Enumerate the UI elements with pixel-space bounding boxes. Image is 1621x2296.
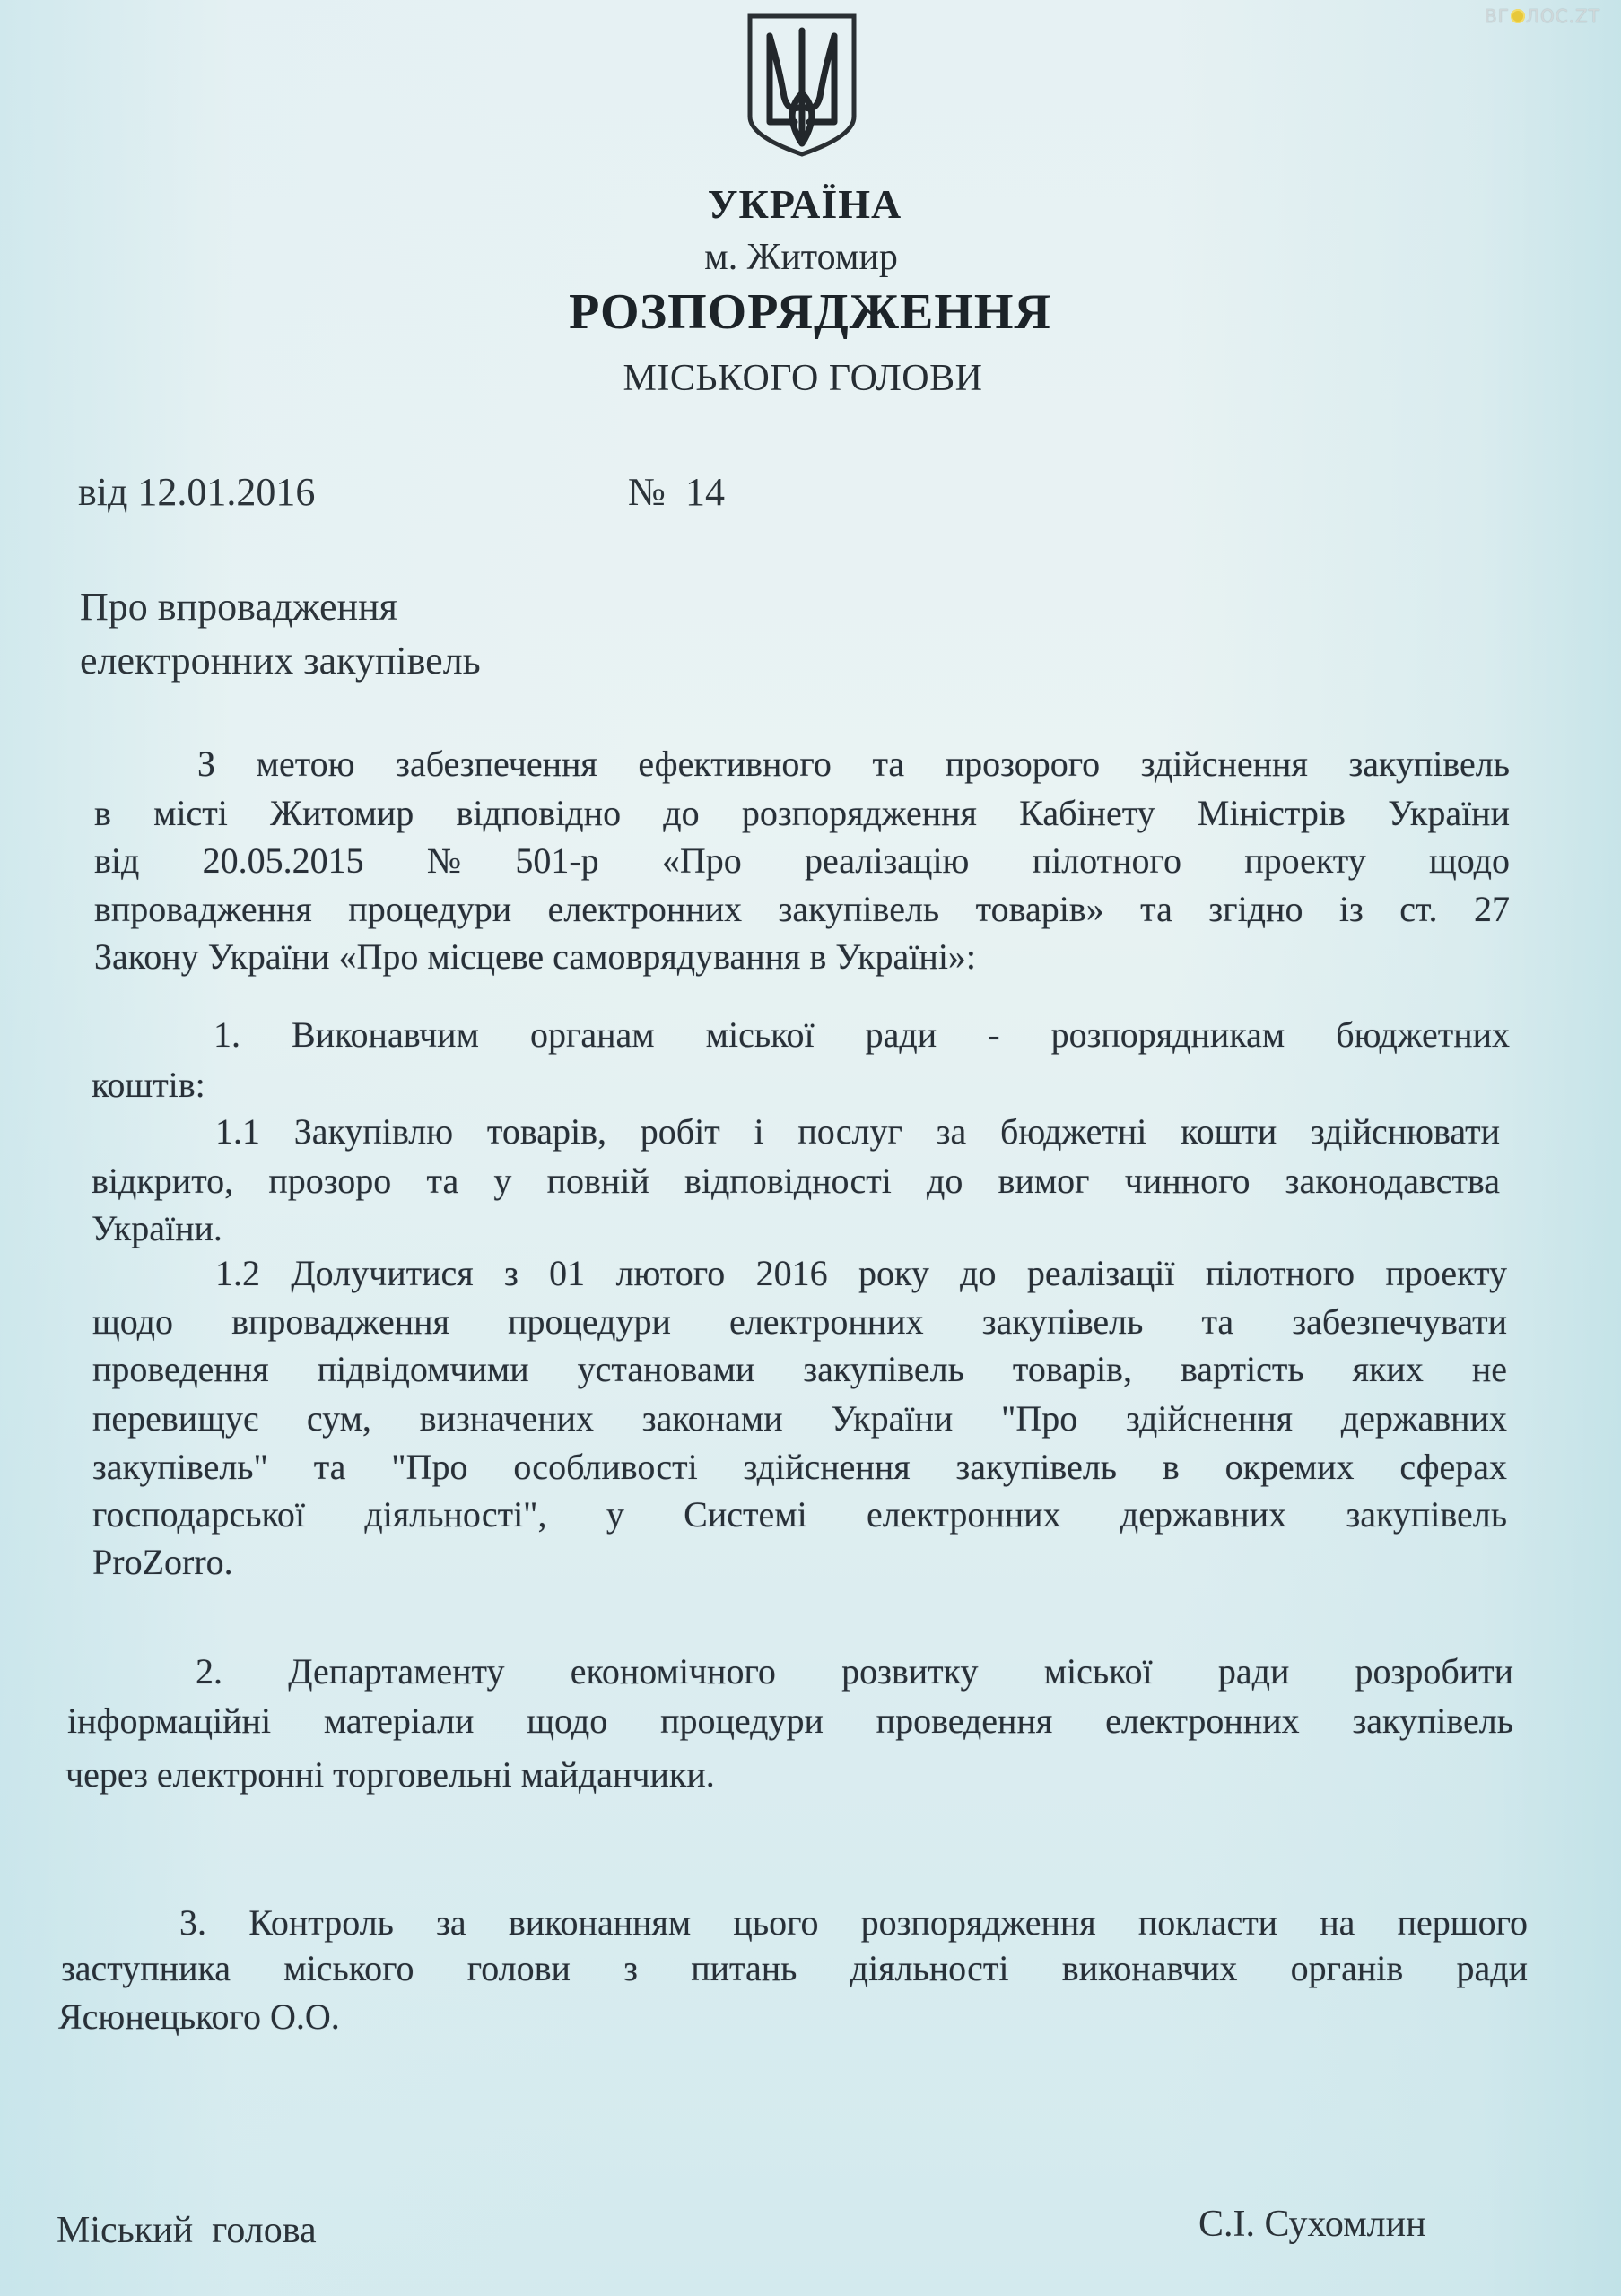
item-1-2-line: перевищує сум, визначених законами Украї… (92, 1396, 1507, 1441)
item-2-line: інформаційні матеріали щодо процедури пр… (67, 1699, 1513, 1744)
preamble-line: З метою забезпечення ефективного та проз… (197, 742, 1510, 787)
item-2-line: 2. Департаменту економічного розвитку мі… (196, 1649, 1513, 1694)
item-1-2-line: закупівель" та "Про особливості здійснен… (92, 1445, 1507, 1490)
preamble-line: від 20.05.2015 №501-р «Про реалізацію пі… (94, 839, 1510, 883)
item-1-2-line: господарської діяльності", у Системі еле… (92, 1492, 1507, 1537)
watermark-suffix: ЛОС.ZT (1526, 5, 1600, 27)
item-1-line: коштів: (92, 1063, 205, 1108)
item-1-line: 1. Виконавчим органам міської ради - роз… (214, 1013, 1510, 1057)
watermark-logo: ВГЛОС.ZT (1485, 4, 1600, 29)
preamble-line: Закону України «Про місцеве самоврядуван… (94, 935, 976, 979)
item-1-2-line: проведення підвідомчими установами закуп… (92, 1347, 1507, 1392)
preamble-line: впровадження процедури електронних закуп… (94, 887, 1510, 932)
document-issuer: МІСЬКОГО ГОЛОВИ (623, 356, 983, 401)
item-1-1-line: 1.1 Закупівлю товарів, робіт і послуг за… (215, 1109, 1500, 1154)
document-number: № 14 (628, 468, 725, 517)
signal-icon (1511, 9, 1525, 23)
document-type-title: РОЗПОРЯДЖЕННЯ (569, 283, 1051, 341)
watermark-prefix: ВГ (1485, 5, 1510, 27)
subject-line-1: Про впровадження (80, 583, 397, 631)
coat-of-arms-icon (745, 11, 859, 158)
item-1-1-line: відкрито, прозоро та у повній відповідно… (92, 1159, 1500, 1204)
item-1-2-line: щодо впровадження процедури електронних … (92, 1300, 1507, 1344)
header-city: м. Житомир (704, 235, 898, 280)
item-3-line: 3. Контроль за виконанням цього розпоряд… (179, 1900, 1528, 1945)
signatory-name: С.І. Сухомлин (1198, 2202, 1426, 2247)
item-1-2-line: ProZorro. (92, 1540, 233, 1585)
item-2-line: через електронні торговельні майданчики. (65, 1752, 715, 1797)
signatory-position: Міський голова (57, 2208, 317, 2253)
subject-line-2: електронних закупівель (80, 637, 481, 685)
item-3-line: заступника міського голови з питань діял… (61, 1946, 1528, 1991)
preamble-line: в місті Житомир відповідно до розпорядже… (94, 791, 1510, 836)
header-country: УКРАЇНА (708, 180, 902, 229)
item-1-1-line: України. (92, 1206, 222, 1251)
item-1-2-line: 1.2 Долучитися з 01 лютого 2016 року до … (215, 1251, 1507, 1296)
item-3-line: Ясюнецького О.О. (58, 1995, 340, 2039)
document-date: від 12.01.2016 (78, 468, 315, 517)
